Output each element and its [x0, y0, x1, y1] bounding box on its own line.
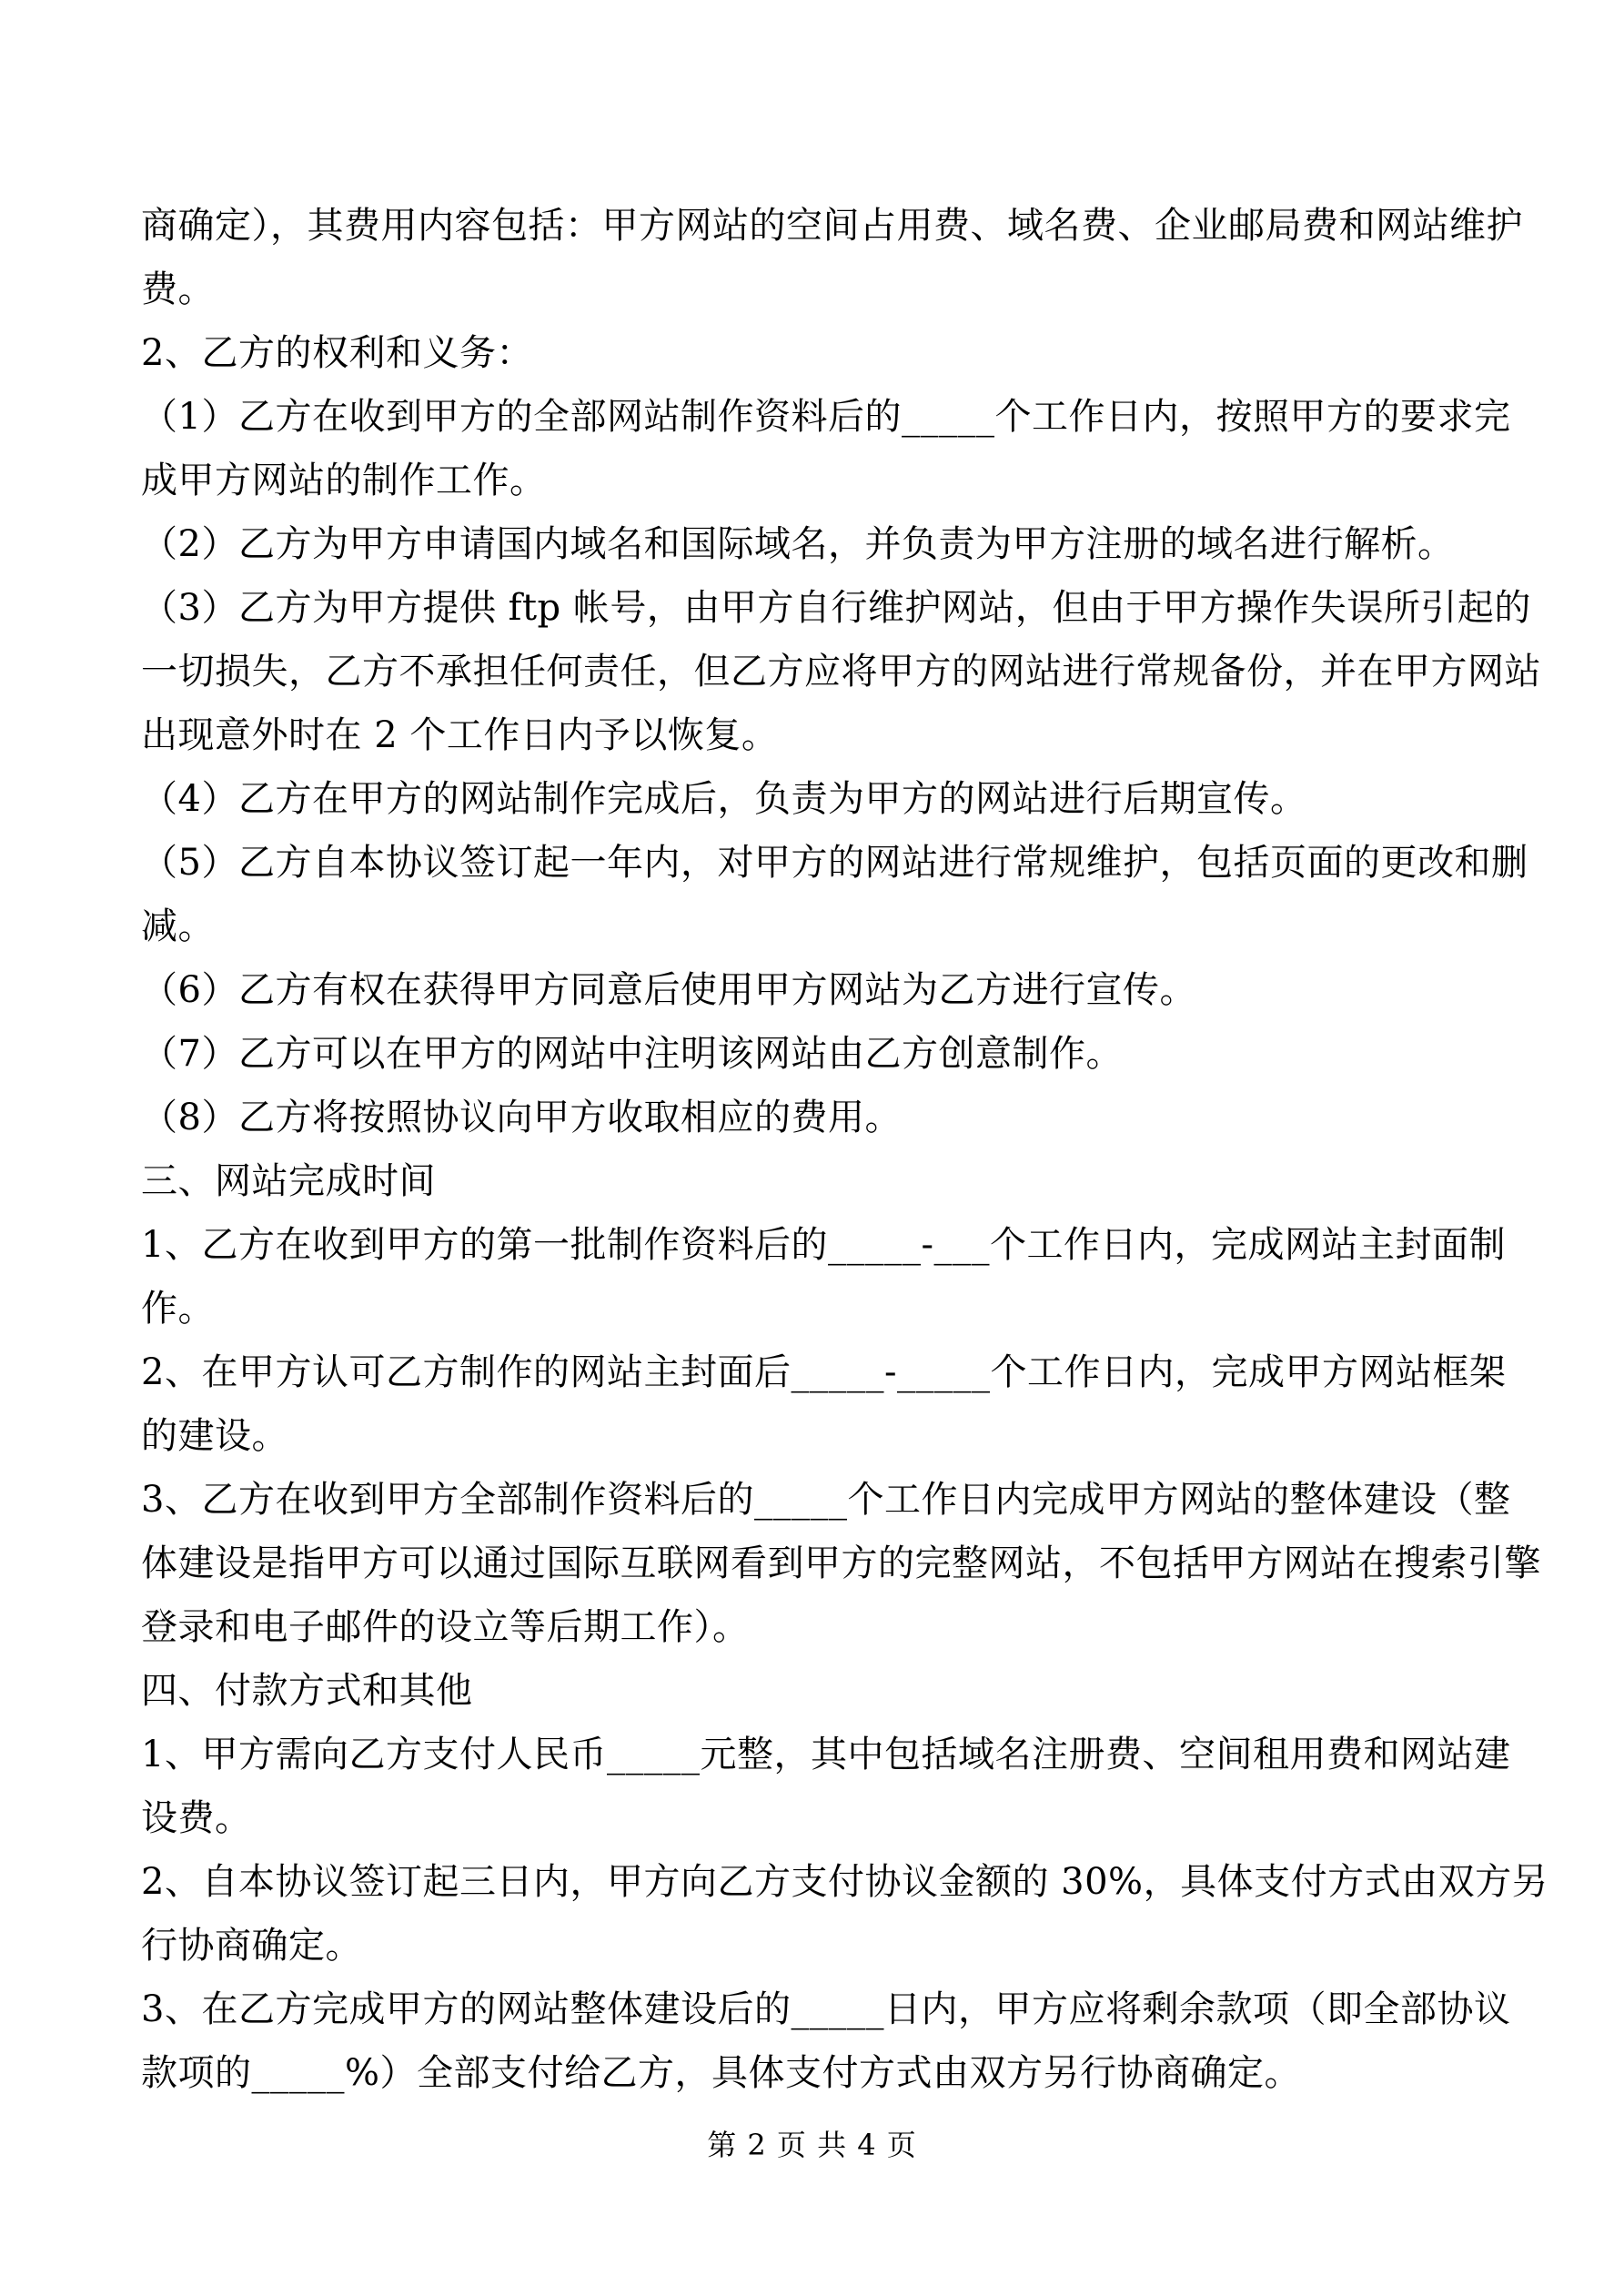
document-line: 成甲方网站的制作工作。	[141, 449, 1497, 512]
document-line: 3、在乙方完成甲方的网站整体建设后的_____日内，甲方应将剩余款项（即全部协议	[141, 1977, 1497, 2041]
document-section-heading: 四、付款方式和其他	[141, 1659, 1497, 1723]
document-line: 2、在甲方认可乙方制作的网站主封面后_____-_____个工作日内，完成甲方网…	[141, 1340, 1497, 1404]
document-line: 2、乙方的权利和义务：	[141, 321, 1497, 385]
document-line: 费。	[141, 258, 1497, 321]
document-line: （4）乙方在甲方的网站制作完成后，负责为甲方的网站进行后期宣传。	[141, 767, 1497, 831]
document-line: 设费。	[141, 1786, 1497, 1850]
document-line: 登录和电子邮件的设立等后期工作）。	[141, 1595, 1497, 1659]
document-line: （8）乙方将按照协议向甲方收取相应的费用。	[141, 1086, 1497, 1149]
document-line: （1）乙方在收到甲方的全部网站制作资料后的_____个工作日内，按照甲方的要求完	[141, 385, 1497, 449]
document-line: 1、甲方需向乙方支付人民币_____元整，其中包括域名注册费、空间租用费和网站建	[141, 1723, 1497, 1786]
document-line: 3、乙方在收到甲方全部制作资料后的_____个工作日内完成甲方网站的整体建设（整	[141, 1468, 1497, 1532]
document-line: （7）乙方可以在甲方的网站中注明该网站由乙方创意制作。	[141, 1022, 1497, 1086]
document-line: 一切损失，乙方不承担任何责任，但乙方应将甲方的网站进行常规备份，并在甲方网站	[141, 640, 1497, 703]
document-line: 款项的_____%）全部支付给乙方，具体支付方式由双方另行协商确定。	[141, 2041, 1497, 2105]
document-line: 出现意外时在 2 个工作日内予以恢复。	[141, 703, 1497, 767]
document-line: （3）乙方为甲方提供 ftp 帐号，由甲方自行维护网站，但由于甲方操作失误所引起…	[141, 576, 1497, 640]
document-line: 1、乙方在收到甲方的第一批制作资料后的_____-___个工作日内，完成网站主封…	[141, 1213, 1497, 1277]
document-line: 作。	[141, 1277, 1497, 1340]
document-line: 体建设是指甲方可以通过国际互联网看到甲方的完整网站，不包括甲方网站在搜索引擎	[141, 1532, 1497, 1595]
document-line: （6）乙方有权在获得甲方同意后使用甲方网站为乙方进行宣传。	[141, 958, 1497, 1022]
contract-text-body: 商确定），其费用内容包括：甲方网站的空间占用费、域名费、企业邮局费和网站维护 费…	[141, 194, 1497, 2105]
document-line: （5）乙方自本协议签订起一年内，对甲方的网站进行常规维护，包括页面的更改和删	[141, 831, 1497, 895]
document-line: 的建设。	[141, 1404, 1497, 1468]
contract-document-page: 商确定），其费用内容包括：甲方网站的空间占用费、域名费、企业邮局费和网站维护 费…	[0, 0, 1624, 2296]
page-number-footer: 第 2 页 共 4 页	[0, 2126, 1624, 2164]
document-section-heading: 三、网站完成时间	[141, 1149, 1497, 1213]
document-line: 商确定），其费用内容包括：甲方网站的空间占用费、域名费、企业邮局费和网站维护	[141, 194, 1497, 258]
document-line: 2、自本协议签订起三日内，甲方向乙方支付协议金额的 30%，具体支付方式由双方另	[141, 1850, 1497, 1914]
document-line: （2）乙方为甲方申请国内域名和国际域名，并负责为甲方注册的域名进行解析。	[141, 512, 1497, 576]
document-line: 减。	[141, 895, 1497, 958]
document-line: 行协商确定。	[141, 1914, 1497, 1977]
